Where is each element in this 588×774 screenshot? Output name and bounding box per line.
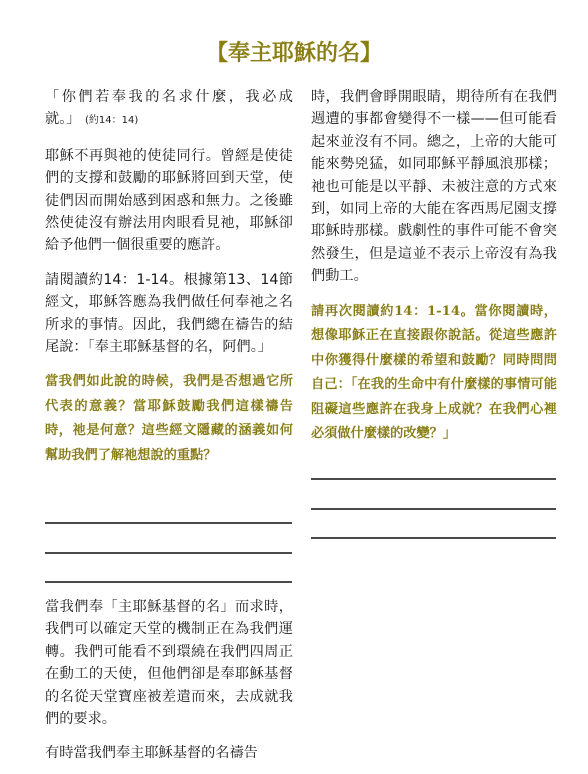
paragraph: 請閱讀約14：1-14。根據第13、14節經文，耶穌答應為我們做任何奉祂之名所求…	[45, 269, 293, 359]
page-title: 【奉主耶穌的名】	[0, 36, 588, 67]
reflection-question: 請再次閱讀約14：1-14。當你閱讀時，想像耶穌正在直接跟你說話。從這些應許中你…	[311, 300, 557, 447]
verse-quote: 「你們若奉我的名求什麼，我必成就。」 (約14：14)	[45, 86, 293, 133]
verse-text: 「你們若奉我的名求什麼，我必成就。」	[45, 89, 293, 127]
answer-line[interactable]	[45, 581, 292, 583]
paragraph: 耶穌不再與祂的使徒同行。曾經是使徒們的支撐和鼓勵的耶穌將回到天堂，使徒們因而開始…	[45, 145, 293, 257]
paragraph: 有時當我們奉主耶穌基督的名禱告	[45, 742, 293, 764]
reflection-question: 當我們如此說的時候，我們是否想過它所代表的意義？當耶穌鼓勵我們這樣禱告時，祂是何…	[45, 370, 293, 468]
answer-line[interactable]	[45, 552, 292, 554]
paragraph: 時，我們會睜開眼睛，期待所有在我們週遭的事都會變得不一樣——但可能看起來並沒有不…	[311, 86, 557, 288]
verse-reference: (約14：14)	[85, 115, 138, 126]
left-column-lower: 當我們奉「主耶穌基督的名」而求時，我們可以確定天堂的機制正在為我們運轉。我們可能…	[45, 596, 293, 774]
answer-line[interactable]	[311, 537, 556, 539]
paragraph: 當我們奉「主耶穌基督的名」而求時，我們可以確定天堂的機制正在為我們運轉。我們可能…	[45, 596, 293, 730]
right-column: 時，我們會睜開眼睛，期待所有在我們週遭的事都會變得不一樣——但可能看起來並沒有不…	[311, 86, 557, 453]
answer-line[interactable]	[311, 508, 556, 510]
left-column: 「你們若奉我的名求什麼，我必成就。」 (約14：14) 耶穌不再與祂的使徒同行。…	[45, 86, 293, 474]
answer-line[interactable]	[45, 522, 292, 524]
answer-line[interactable]	[311, 478, 556, 480]
